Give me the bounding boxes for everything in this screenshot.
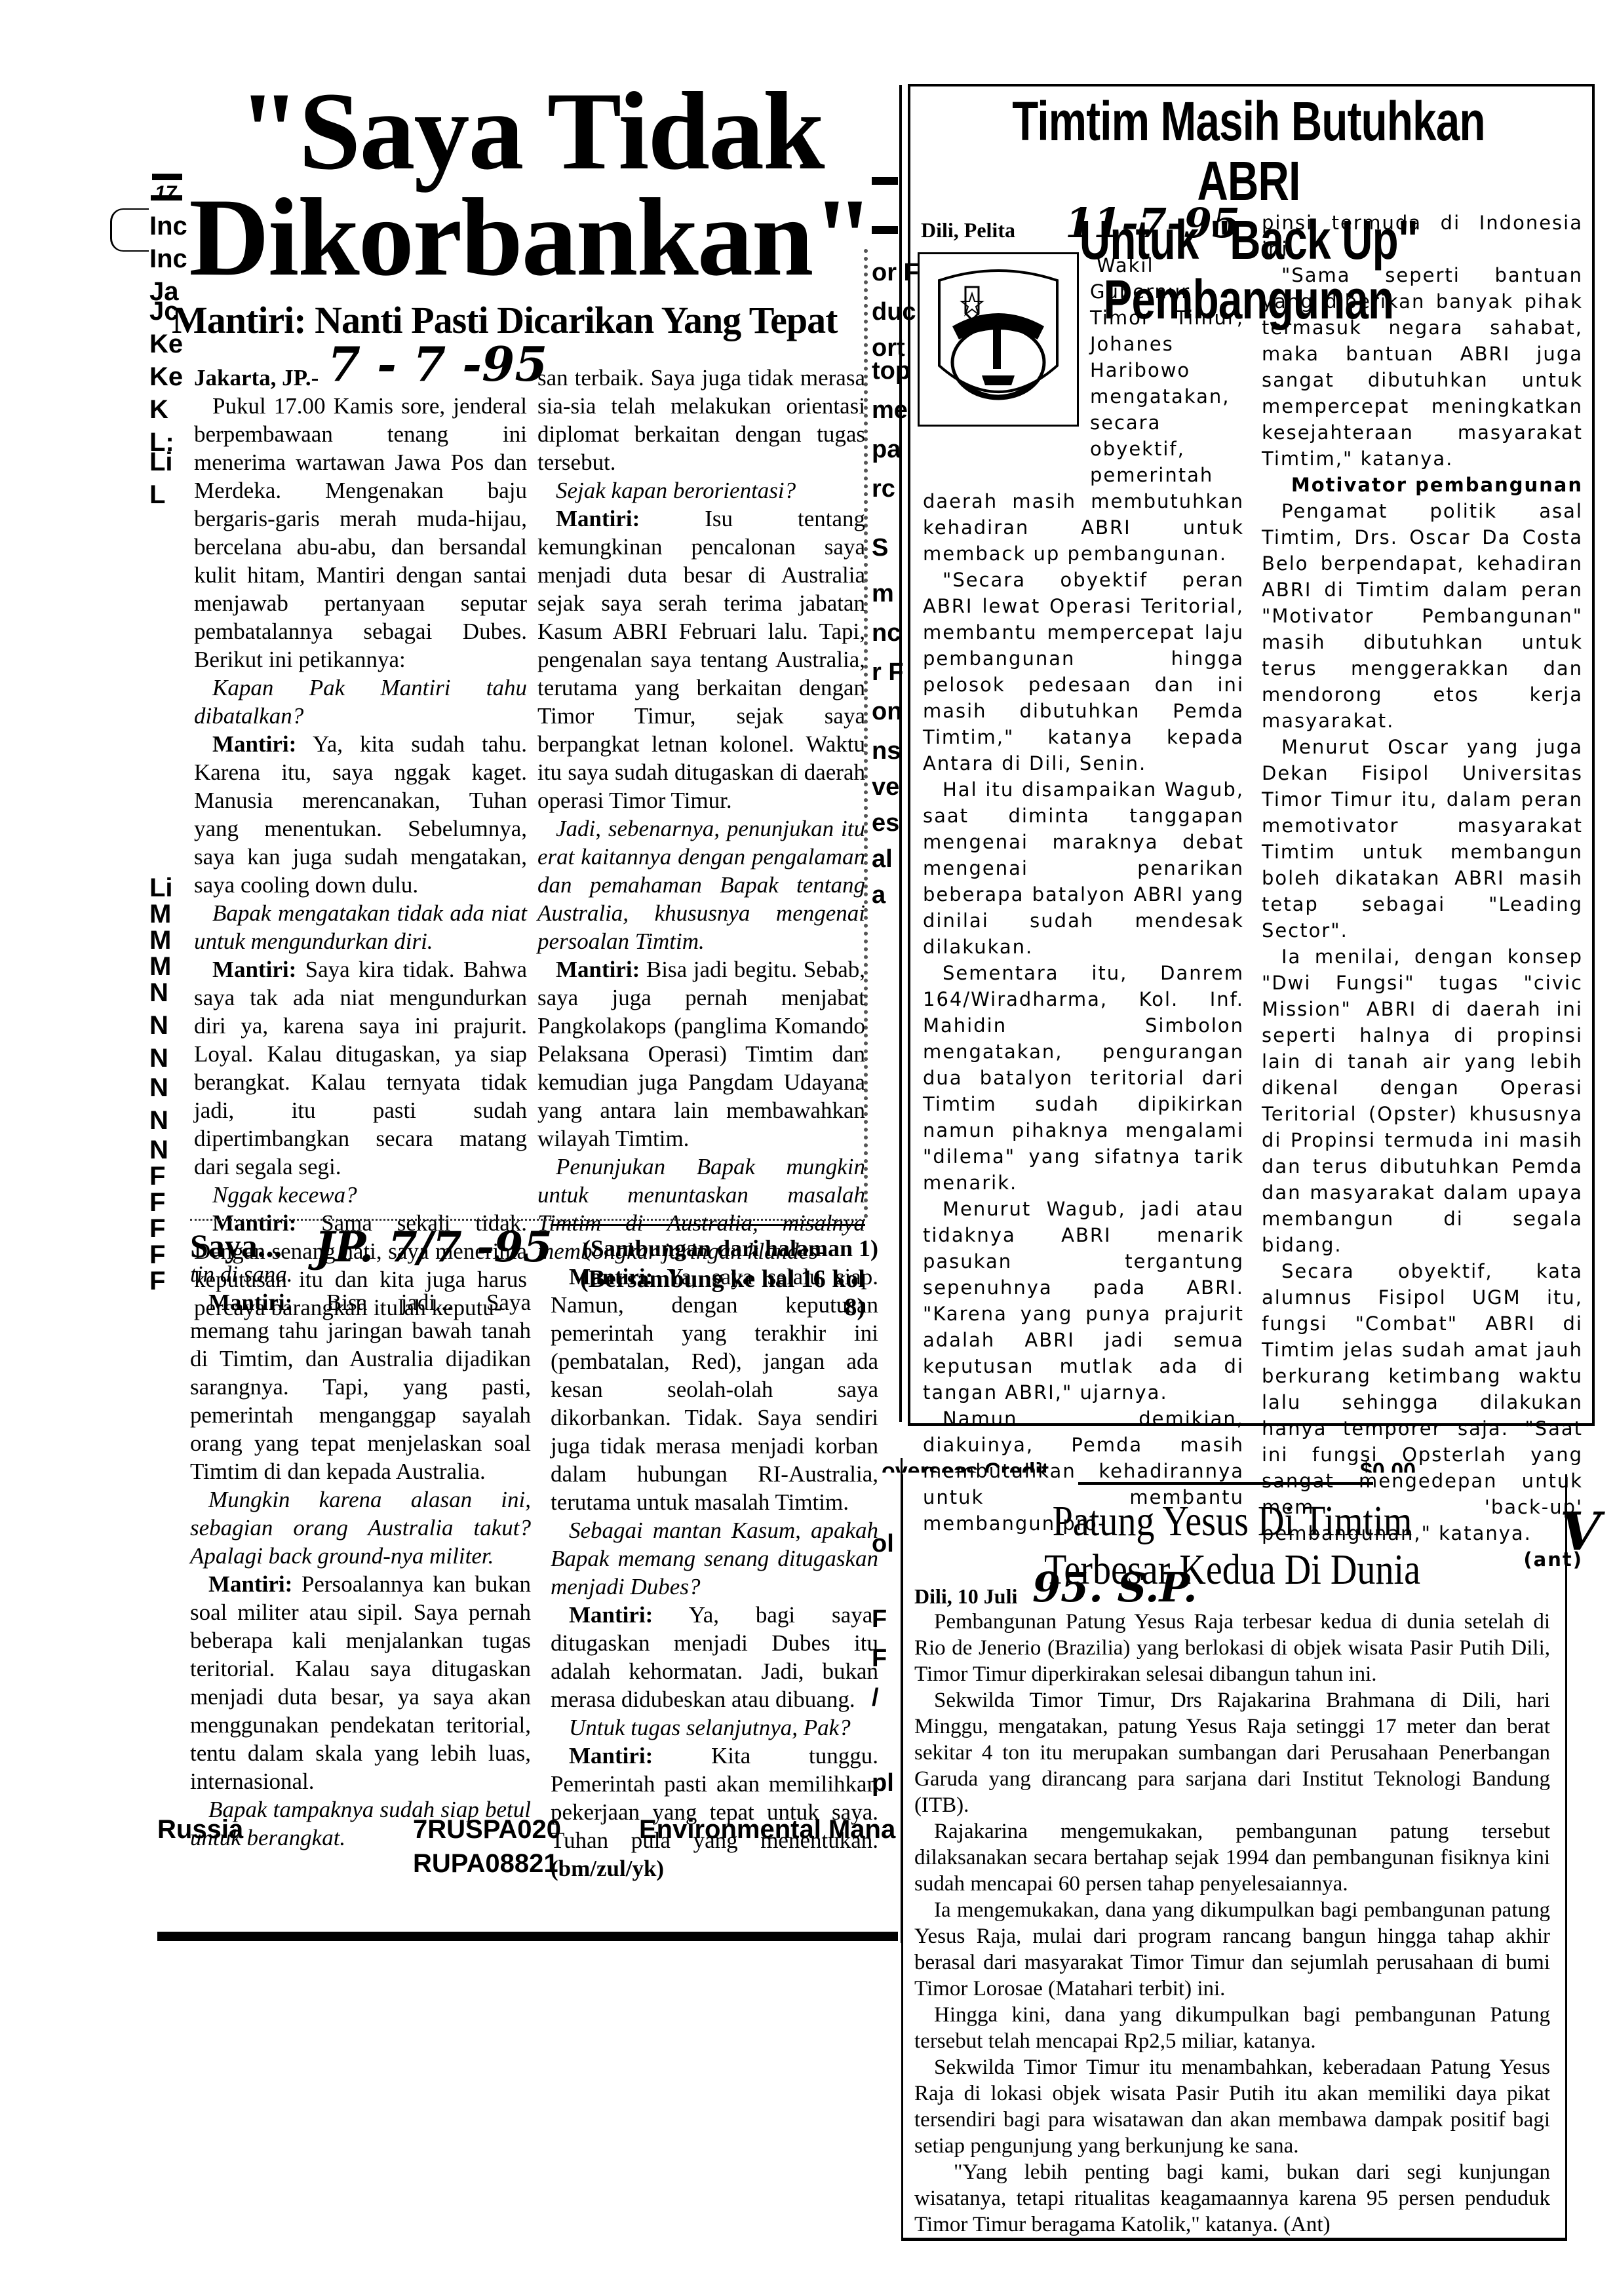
speaker: Mantiri: bbox=[208, 1290, 292, 1315]
speaker: Mantiri: bbox=[208, 1571, 292, 1597]
question: Jadi, sebenarnya, penunjukan itu erat ka… bbox=[537, 814, 865, 955]
fragment: N bbox=[149, 1075, 168, 1101]
fragment: K bbox=[149, 396, 168, 423]
paragraph: Pukul 17.00 Kamis sore, jenderal berpemb… bbox=[194, 392, 527, 674]
paragraph: "Secara obyektif peran ABRI lewat Operas… bbox=[923, 567, 1244, 776]
fragment: N bbox=[149, 980, 168, 1006]
article2-column-1: Wakil Gubernur Timor Timur, Johanes Hari… bbox=[923, 220, 1244, 1537]
article1-subheadline: Mantiri: Nanti Pasti Dicarikan Yang Tepa… bbox=[172, 298, 899, 342]
question: Mungkin karena alasan ini, sebagian oran… bbox=[190, 1485, 531, 1570]
continuation-column-2: (Sambungan dari halaman 1) Mantiri: Ya, … bbox=[551, 1232, 878, 1883]
question: Sebagai mantan Kasum, apakah Bapak meman… bbox=[551, 1516, 878, 1601]
speaker: Mantiri: bbox=[569, 1602, 653, 1628]
answer: Mantiri: Bisa jadi begitu. Sebab, saya j… bbox=[537, 955, 865, 1153]
answer: Mantiri: Isu tentang kemungkinan pencalo… bbox=[537, 505, 865, 814]
continuation-top-rule bbox=[551, 1224, 865, 1226]
fragment: L bbox=[149, 482, 165, 508]
fragment: Ke bbox=[149, 364, 183, 390]
paragraph: Ia menilai, dengan konsep "Dwi Fungsi" t… bbox=[1262, 944, 1583, 1258]
paragraph: san terbaik. Saya juga tidak merasa sia-… bbox=[537, 364, 865, 476]
answer: Mantiri: Persoalannya kan bukan soal mil… bbox=[190, 1570, 531, 1795]
fragment: F bbox=[149, 1215, 165, 1242]
answer: Mantiri: Bisa jadi... Saya memang tahu j… bbox=[190, 1288, 531, 1485]
paragraph: Pengamat politik asal Timtim, Drs. Oscar… bbox=[1262, 498, 1583, 734]
article3-body: Pembangunan Patung Yesus Raja terbesar k… bbox=[914, 1609, 1550, 2238]
fragment: N bbox=[149, 1012, 168, 1039]
speaker: Mantiri: bbox=[569, 1743, 653, 1769]
paragraph: Sekwilda Timor Timur itu menambahkan, ke… bbox=[914, 2054, 1550, 2159]
fragment: N bbox=[149, 1045, 168, 1071]
paragraph: daerah masih membutuhkan kehadiran ABRI … bbox=[923, 488, 1244, 567]
paragraph: Rajakarina mengemukakan, pembangunan pat… bbox=[914, 1818, 1550, 1897]
continuation-from-note: (Sambungan dari halaman 1) bbox=[551, 1234, 878, 1263]
question: Nggak kecewa? bbox=[194, 1181, 527, 1209]
fragment: F bbox=[149, 1242, 165, 1268]
continuation-handwritten-date: JP. 7/7 -95 bbox=[315, 1227, 553, 1269]
article3-margin-check-mark: V bbox=[1560, 1501, 1601, 1562]
speaker: Mantiri: bbox=[212, 957, 296, 982]
paragraph: Menurut Wagub, jadi atau tidaknya ABRI m… bbox=[923, 1196, 1244, 1406]
fragment: Li bbox=[149, 875, 173, 901]
fragment: M bbox=[149, 901, 171, 927]
index-country: Russia bbox=[157, 1815, 243, 1845]
article1-column-1: Jakarta, JP.- Pukul 17.00 Kamis sore, je… bbox=[194, 364, 527, 1322]
article1-column-2: san terbaik. Saya juga tidak merasa sia-… bbox=[537, 364, 865, 1322]
fragment: M bbox=[149, 927, 171, 953]
index-code-2: RUPA08821 bbox=[413, 1849, 558, 1879]
subheading: Motivator pembangunan bbox=[1262, 472, 1583, 498]
index-code-1: 7RUSPA020 bbox=[413, 1815, 561, 1845]
index-bottom-bar bbox=[157, 1932, 898, 1941]
answer: Mantiri: Ya, bagi saya, ditugaskan menja… bbox=[551, 1601, 878, 1713]
answer: Mantiri: Kita tunggu. Pemerintah pasti a… bbox=[551, 1742, 878, 1883]
fragment: F bbox=[149, 1189, 165, 1215]
paragraph: Ia mengemukakan, dana yang dikumpulkan b… bbox=[914, 1897, 1550, 2002]
paragraph: Hal itu disampaikan Wagub, saat diminta … bbox=[923, 776, 1244, 960]
article3-handwritten-date: 95. S.P. bbox=[1032, 1567, 1197, 1608]
speaker: Mantiri: bbox=[556, 957, 640, 982]
headline-line-1: "Saya Tidak bbox=[170, 79, 891, 185]
index-subject: Environmental Mana bbox=[639, 1815, 895, 1845]
paragraph: "Yang lebih penting bagi kami, bukan dar… bbox=[914, 2159, 1550, 2238]
question: Untuk tugas selanjutnya, Pak? bbox=[551, 1713, 878, 1742]
paragraph: pinsi termuda di Indonesia ini. bbox=[1262, 210, 1583, 262]
paragraph: Hingga kini, dana yang dikumpulkan bagi … bbox=[914, 2002, 1550, 2054]
fragment: M bbox=[149, 953, 171, 980]
headline-line-1: Timtim Masih Butuhkan ABRI bbox=[990, 92, 1507, 210]
speaker: Mantiri: bbox=[556, 506, 640, 531]
paragraph: Sekwilda Timor Timur, Drs Rajakarina Bra… bbox=[914, 1687, 1550, 1818]
dateline: Jakarta, JP.- bbox=[194, 365, 319, 391]
question: Sejak kapan berorientasi? bbox=[537, 476, 865, 505]
fragment: Li bbox=[149, 449, 173, 475]
paragraph: Menurut Oscar yang juga Dekan Fisipol Un… bbox=[1262, 734, 1583, 944]
article3-dateline: Dili, 10 Juli bbox=[914, 1584, 1017, 1609]
headline-line-1: Patung Yesus Di Timtim bbox=[954, 1497, 1511, 1546]
speaker: Mantiri: bbox=[569, 1264, 653, 1290]
fragment: N bbox=[149, 1137, 168, 1163]
paragraph: Pembangunan Patung Yesus Raja terbesar k… bbox=[914, 1609, 1550, 1687]
article2-column-2: pinsi termuda di Indonesia ini. "Sama se… bbox=[1262, 210, 1583, 1573]
article1-bottom-rule bbox=[190, 1219, 865, 1221]
speaker: Mantiri: bbox=[212, 731, 296, 757]
answer: Mantiri: Saya kira tidak. Bahwa saya tak… bbox=[194, 955, 527, 1181]
paragraph-wrap: Wakil Gubernur Timor Timur, Johanes Hari… bbox=[1090, 252, 1244, 488]
credit: (bm/zul/yk) bbox=[551, 1856, 664, 1881]
left-edge-bracket-mark bbox=[110, 208, 149, 252]
continuation-column-1: Saya... tin di sana. Mantiri: Bisa jadi.… bbox=[190, 1232, 531, 1852]
question: Kapan Pak Mantiri tahu dibatalkan? bbox=[194, 674, 527, 730]
fragment: F bbox=[149, 1163, 165, 1189]
fragment: N bbox=[149, 1107, 168, 1134]
question: Bapak mengatakan tidak ada niat untuk me… bbox=[194, 899, 527, 955]
fragment: F bbox=[149, 1268, 165, 1294]
headline-line-2: Dikorbankan" bbox=[170, 185, 891, 291]
paragraph: "Sama seperti bantuan yang diberikan ban… bbox=[1262, 262, 1583, 472]
answer: Mantiri: Ya, kita sudah tahu. Karena itu… bbox=[194, 730, 527, 899]
answer: Mantiri: Ya, saya selalu siap. Namun, de… bbox=[551, 1263, 878, 1516]
paragraph: Sementara itu, Danrem 164/Wiradharma, Ko… bbox=[923, 960, 1244, 1196]
article1-headline: "Saya Tidak Dikorbankan" bbox=[170, 79, 891, 290]
